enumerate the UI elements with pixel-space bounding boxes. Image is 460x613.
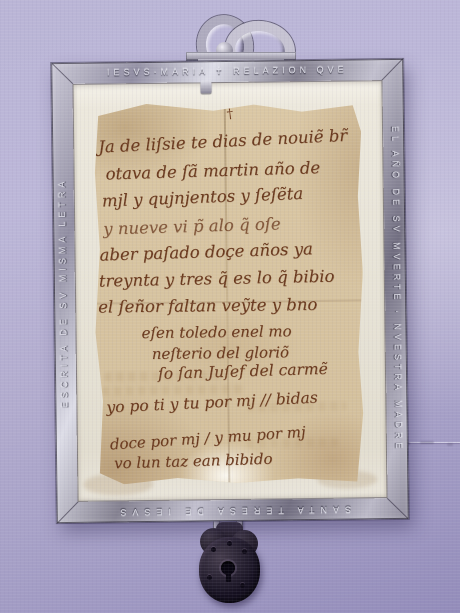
manuscript-line: eſen toledo enel mo bbox=[141, 322, 291, 342]
manuscript-line: y nueve vi p̃ alo q̃ oſe bbox=[103, 214, 281, 238]
manuscript-line: vo lun taz ean bibido bbox=[114, 450, 273, 473]
ink-bleedthrough bbox=[102, 385, 244, 396]
frame-miter-joint bbox=[387, 498, 409, 520]
ink-bleedthrough bbox=[246, 402, 346, 412]
frame-inscription-left: ESCRITA DE SV MISMA LETRA bbox=[55, 87, 70, 499]
frame-miter-joint bbox=[51, 63, 73, 85]
padlock-rivet bbox=[207, 575, 212, 580]
photo-of-framed-manuscript-reliquary: IESVS·MARIA ✝ RELAZION QVE EL AÑO DE SV … bbox=[0, 0, 460, 613]
frame-miter-joint bbox=[381, 58, 403, 80]
manuscript-line: treynta y tres q̃ es lo q̃ bibio bbox=[99, 267, 335, 291]
ink-bleedthrough bbox=[104, 371, 226, 381]
manuscript-line: Ja de liſsie te dias de nouiẽ br̃ bbox=[98, 126, 348, 157]
manuscript-line: el ſeñor faltan veỹte y bno bbox=[98, 295, 317, 317]
silver-reliquary-frame: IESVS·MARIA ✝ RELAZION QVE EL AÑO DE SV … bbox=[51, 59, 409, 523]
ink-cross-mark: † bbox=[226, 107, 234, 123]
frame-inscription-top: IESVS·MARIA ✝ RELAZION QVE bbox=[75, 64, 379, 79]
padlock-rivet bbox=[211, 547, 216, 552]
backdrop-smudge bbox=[420, 441, 434, 444]
padlock-pendant-icon bbox=[197, 521, 263, 607]
keyhole-slot bbox=[226, 573, 231, 582]
frame-miter-joint bbox=[57, 501, 79, 523]
padlock-rivet bbox=[227, 541, 232, 546]
padlock-rivet bbox=[242, 549, 247, 554]
manuscript-line: neſterio del gloriõ bbox=[152, 343, 289, 363]
backing-clip bbox=[200, 80, 211, 93]
manuscript-line: mjl y qujnjentos y ſeſẽta bbox=[102, 184, 304, 211]
ink-bleedthrough bbox=[247, 438, 339, 448]
frame-inscription-bottom: SANTA TERESA DE IESVS bbox=[81, 504, 385, 518]
glass-backing: † Ja de liſsie te dias de nouiẽ br̃ otav… bbox=[72, 80, 387, 502]
manuscript-paper: † Ja de liſsie te dias de nouiẽ br̃ otav… bbox=[93, 101, 366, 484]
manuscript-line: otava de ſã martin año de bbox=[105, 158, 320, 183]
manuscript-line: aber paſado doçe años ya bbox=[99, 239, 313, 264]
frame-inscription-right: EL AÑO DE SV MVERTE · NVESTRA MADRE bbox=[389, 83, 404, 495]
backdrop-smudge bbox=[447, 443, 453, 446]
padlock-rivet bbox=[240, 583, 245, 588]
